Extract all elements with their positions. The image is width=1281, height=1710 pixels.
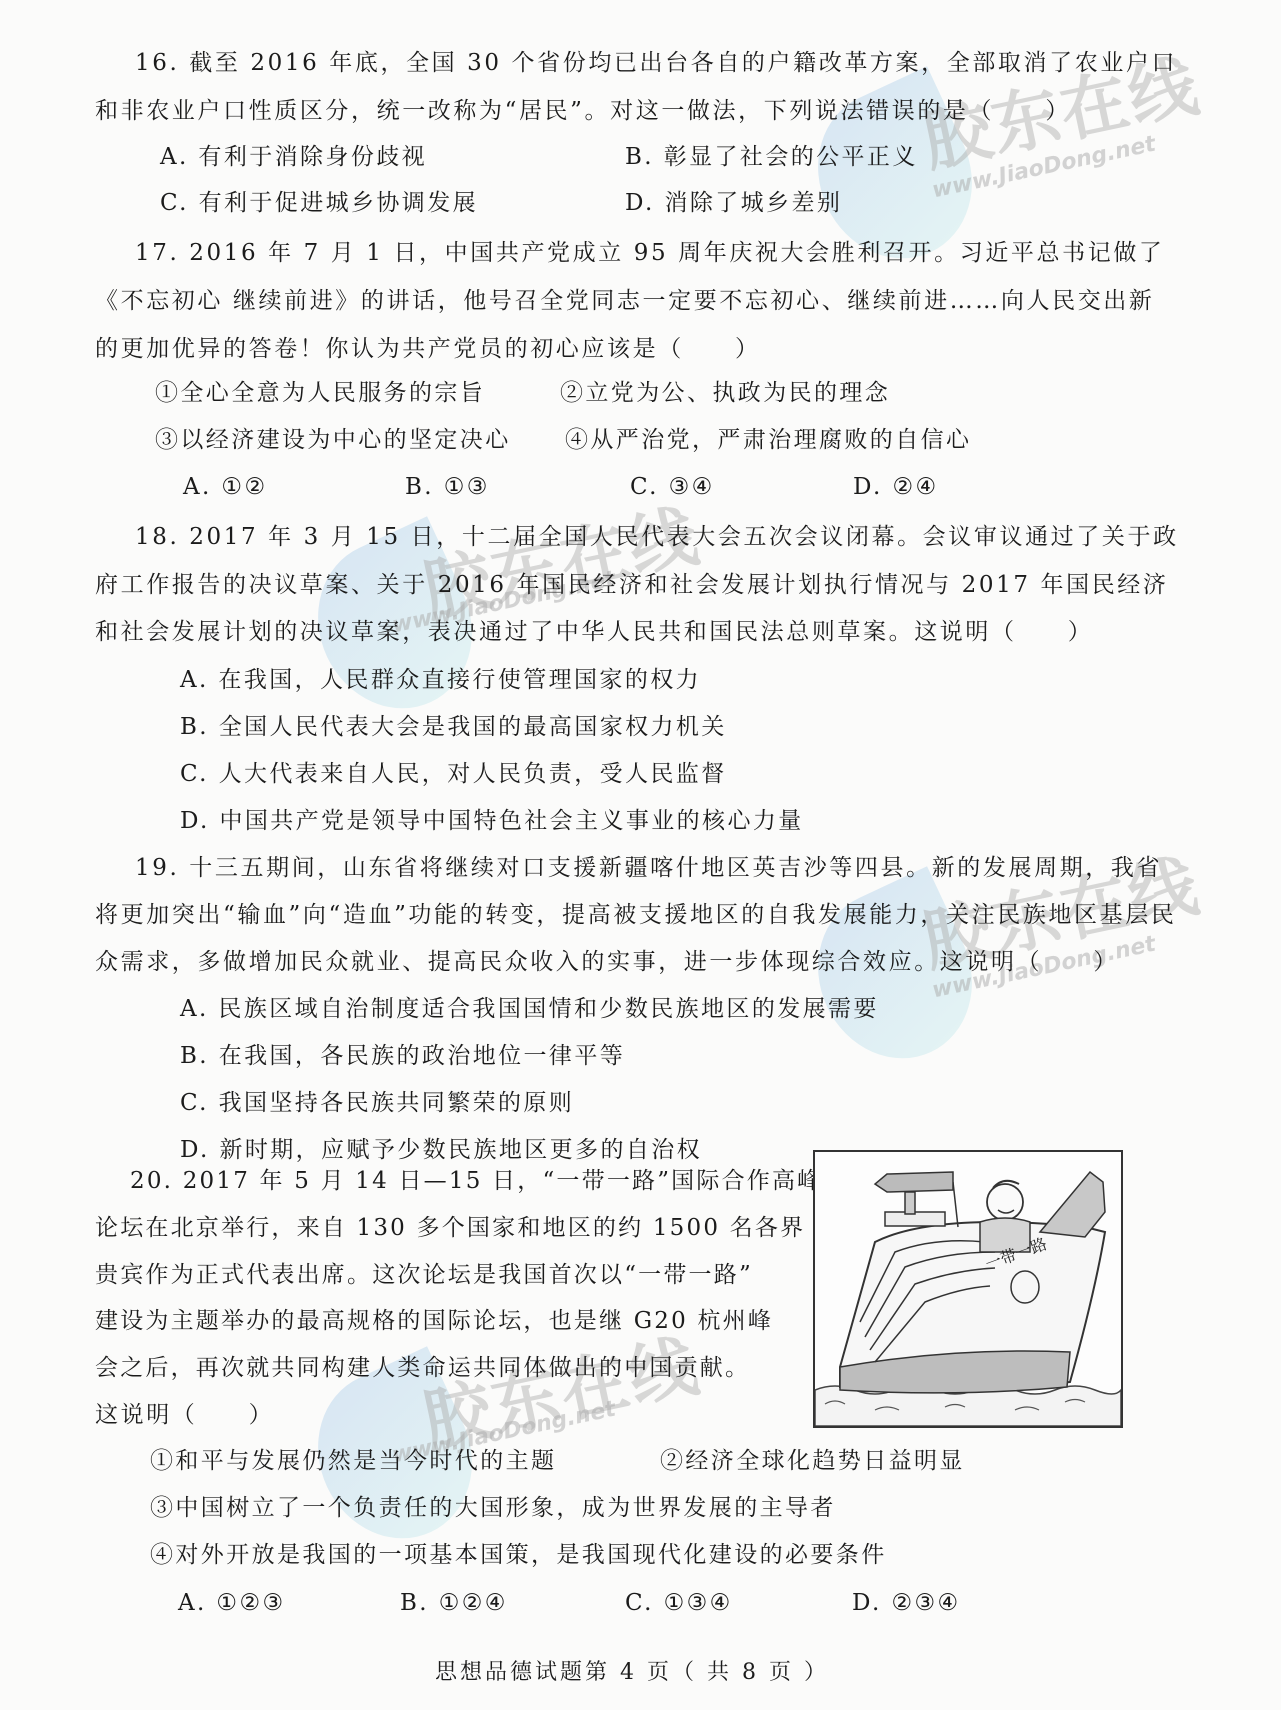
page-footer: 思想品德试题第 4 页（ 共 8 页 ）: [435, 1655, 829, 1686]
statement-1: ①和平与发展仍然是当今时代的主题: [150, 1446, 556, 1476]
option-d: D. 消除了城乡差别: [625, 188, 842, 218]
option-b: B. 彰显了社会的公平正义: [625, 142, 918, 172]
statement-2: ②经济全球化趋势日益明显: [660, 1446, 965, 1476]
option-a: A. 民族区域自治制度适合我国国情和少数民族地区的发展需要: [180, 994, 879, 1024]
option-d: D. 新时期，应赋予少数民族地区更多的自治权: [180, 1135, 702, 1165]
statement-3: ③中国树立了一个负责任的大国形象，成为世界发展的主导者: [150, 1493, 836, 1523]
option-a: A. ①②③: [178, 1588, 286, 1618]
option-c: C. ①③④: [625, 1588, 733, 1618]
option-b: B. 在我国，各民族的政治地位一律平等: [180, 1041, 625, 1071]
question-stem-line: 17. 2016 年 7 月 1 日，中国共产党成立 95 周年庆祝大会胜利召开…: [135, 238, 1165, 268]
statement-3: ③以经济建设为中心的坚定决心: [155, 425, 511, 455]
question-stem-line: 府工作报告的决议草案、关于 2016 年国民经济和社会发展计划执行情况与 201…: [95, 570, 1169, 600]
option-b: B. ①②④: [400, 1588, 508, 1618]
option-b: B. 全国人民代表大会是我国的最高国家权力机关: [180, 712, 727, 742]
watermark-brand: 胶东在线: [413, 482, 707, 635]
option-b: B. ①③: [405, 472, 490, 502]
question-stem-line: 的更加优异的答卷！你认为共产党员的初心应该是（ ）: [95, 334, 761, 364]
option-c: C. 人大代表来自人民，对人民负责，受人民监督: [180, 759, 727, 789]
question-stem-line: 建设为主题举办的最高规格的国际论坛，也是继 G20 杭州峰: [95, 1306, 773, 1336]
exam-page: 胶东在线 www.JiaoDong.net 胶东在线 www.JiaoDong.…: [0, 0, 1281, 1710]
question-stem-line: 18. 2017 年 3 月 15 日，十二届全国人民代表大会五次会议闭幕。会议…: [135, 522, 1179, 552]
statement-2: ②立党为公、执政为民的理念: [560, 378, 890, 408]
question-stem-line: 众需求，多做增加民众就业、提高民众收入的实事，进一步体现综合效应。这说明（ ）: [95, 947, 1119, 977]
question-stem-line: 和非农业户口性质区分，统一改称为“居民”。对这一做法，下列说法错误的是（ ）: [95, 96, 1071, 126]
statement-1: ①全心全意为人民服务的宗旨: [155, 378, 485, 408]
question-stem-line: 《不忘初心 继续前进》的讲话，他号召全党同志一定要不忘初心、继续前进……向人民交…: [95, 286, 1155, 316]
option-a: A. ①②: [183, 472, 267, 502]
question-stem-line: 将更加突出“输血”向“造血”功能的转变，提高被支援地区的自我发展能力，关注民族地…: [95, 900, 1176, 930]
option-d: D. 中国共产党是领导中国特色社会主义事业的核心力量: [180, 806, 804, 836]
question-stem-line: 19. 十三五期间，山东省将继续对口支援新疆喀什地区英吉沙等四县。新的发展周期，…: [135, 853, 1162, 883]
question-stem-line: 和社会发展计划的决议草案，表决通过了中华人民共和国民法总则草案。这说明（ ）: [95, 617, 1093, 647]
option-d: D. ②④: [853, 472, 938, 502]
question-stem-line: 论坛在北京举行，来自 130 多个国家和地区的约 1500 名各界: [95, 1213, 805, 1243]
option-c: C. 我国坚持各民族共同繁荣的原则: [180, 1088, 574, 1118]
cartoon-ship-icon: 一带一路: [815, 1152, 1121, 1426]
question-stem-line: 这说明（ ）: [95, 1400, 274, 1430]
statement-4: ④对外开放是我国的一项基本国策，是我国现代化建设的必要条件: [150, 1540, 887, 1570]
cartoon-illustration: 一带一路: [813, 1150, 1123, 1428]
question-stem-line: 20. 2017 年 5 月 14 日—15 日，“一带一路”国际合作高峰: [130, 1166, 822, 1196]
question-stem-line: 16. 截至 2016 年底，全国 30 个省份均已出台各自的户籍改革方案，全部…: [135, 48, 1177, 78]
question-stem-line: 会之后，再次就共同构建人类命运共同体做出的中国贡献。: [95, 1353, 750, 1383]
option-a: A. 有利于消除身份歧视: [160, 142, 427, 172]
option-c: C. ③④: [630, 472, 715, 502]
statement-4: ④从严治党，严肃治理腐败的自信心: [565, 425, 971, 455]
option-c: C. 有利于促进城乡协调发展: [160, 188, 478, 218]
question-stem-line: 贵宾作为正式代表出席。这次论坛是我国首次以“一带一路”: [95, 1260, 753, 1290]
option-a: A. 在我国，人民群众直接行使管理国家的权力: [180, 665, 701, 695]
watermark-url: www.JiaoDong.net: [930, 132, 1158, 204]
option-d: D. ②③④: [852, 1588, 961, 1618]
